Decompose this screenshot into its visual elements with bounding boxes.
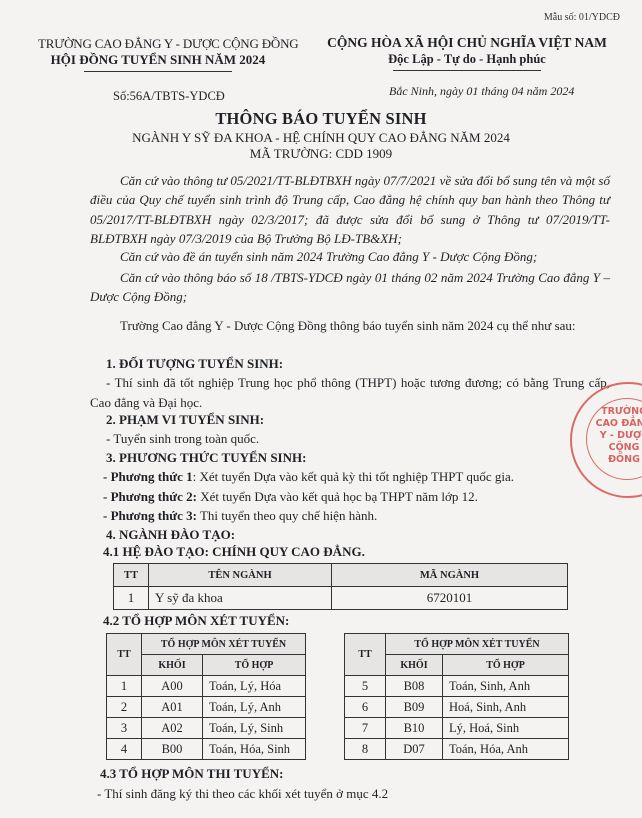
- section-1-text: - Thí sinh đã tốt nghiệp Trung học phổ t…: [90, 373, 610, 413]
- method-2-label: - Phương thức 2:: [103, 489, 197, 504]
- method-3-label: - Phương thức 3:: [103, 508, 197, 523]
- cell-major-name: Y sỹ đa khoa: [149, 587, 332, 610]
- reference-number: Số:56A/TBTS-YDCĐ: [113, 89, 225, 104]
- form-number: Mẫu số: 01/YDCĐ: [544, 12, 620, 23]
- cell-major-code: 6720101: [332, 587, 568, 610]
- section-3-heading: 3. PHƯƠNG THỨC TUYỂN SINH:: [106, 450, 626, 466]
- method-1: - Phương thức 1: Xét tuyển Dựa vào kết q…: [103, 469, 623, 485]
- school-name: TRƯỜNG CAO ĐẲNG Y - DƯỢC CỘNG ĐỒNG: [38, 36, 278, 52]
- method-1-text: Xét tuyển Dựa vào kết quả kỳ thi tốt ngh…: [196, 469, 514, 484]
- col-tt: TT: [345, 634, 386, 676]
- legal-basis-2: Căn cứ vào đề án tuyển sinh năm 2024 Trư…: [120, 249, 640, 265]
- method-1-label: - Phương thức 1: [103, 469, 193, 484]
- legal-basis-1: Căn cứ vào thông tư 05/2021/TT-BLĐTBXH n…: [90, 171, 610, 248]
- country-name: CỘNG HÒA XÃ HỘI CHỦ NGHĨA VIỆT NAM: [312, 35, 622, 51]
- document-title: THÔNG BÁO TUYỂN SINH: [0, 109, 642, 129]
- place-date: Bắc Ninh, ngày 01 tháng 04 năm 2024: [389, 84, 574, 99]
- national-motto: Độc Lập - Tự do - Hạnh phúc: [312, 52, 622, 67]
- section-2-heading: 2. PHẠM VI TUYỂN SINH:: [106, 412, 626, 428]
- table-row: 8D07Toán, Hóa, Anh: [345, 739, 569, 760]
- document-page: Mẫu số: 01/YDCĐ TRƯỜNG CAO ĐẲNG Y - DƯỢC…: [0, 0, 642, 818]
- council-name: HỘI ĐỒNG TUYỂN SINH NĂM 2024: [38, 52, 278, 68]
- section-4-3-text: - Thí sinh đăng ký thi theo các khối xét…: [97, 786, 617, 802]
- col-tt: TT: [114, 564, 149, 587]
- legal-basis-3: Căn cứ vào thông báo số 18 /TBTS-YDCĐ ng…: [90, 268, 610, 307]
- combos-table-left: TT TỔ HỢP MÔN XÉT TUYỂN KHỐI TỔ HỢP 1A00…: [106, 633, 306, 760]
- table-row: 5B08Toán, Sinh, Anh: [345, 676, 569, 697]
- table-row: 1A00Toán, Lý, Hóa: [107, 676, 306, 697]
- national-header: CỘNG HÒA XÃ HỘI CHỦ NGHĨA VIỆT NAM Độc L…: [312, 35, 622, 71]
- header-divider: [84, 71, 232, 72]
- col-combo: TỔ HỢP: [203, 655, 306, 676]
- section-1-heading: 1. ĐỐI TƯỢNG TUYỂN SINH:: [106, 356, 626, 372]
- col-block: KHỐI: [142, 655, 203, 676]
- col-major-name: TÊN NGÀNH: [149, 564, 332, 587]
- table-header-row: TT TÊN NGÀNH MÃ NGÀNH: [114, 564, 568, 587]
- section-4-2-heading: 4.2 TỔ HỢP MÔN XÉT TUYỂN:: [103, 613, 623, 629]
- col-major-code: MÃ NGÀNH: [332, 564, 568, 587]
- cell-tt: 1: [114, 587, 149, 610]
- table-row: 6B09Hoá, Sinh, Anh: [345, 697, 569, 718]
- school-code: MÃ TRƯỜNG: CDD 1909: [0, 146, 642, 162]
- section-2-text: - Tuyển sinh trong toàn quốc.: [106, 431, 626, 447]
- method-3-text: Thi tuyển theo quy chế hiện hành.: [197, 508, 377, 523]
- method-2-text: Xét tuyển Dựa vào kết quả học bạ THPT nă…: [197, 489, 478, 504]
- issuer-header: TRƯỜNG CAO ĐẲNG Y - DƯỢC CỘNG ĐỒNG HỘI Đ…: [38, 36, 278, 72]
- col-combo: TỔ HỢP: [443, 655, 569, 676]
- method-3: - Phương thức 3: Thi tuyển theo quy chế …: [103, 508, 623, 524]
- method-2: - Phương thức 2: Xét tuyển Dựa vào kết q…: [103, 489, 623, 505]
- col-group: TỔ HỢP MÔN XÉT TUYỂN: [142, 634, 306, 655]
- table-row: 7B10Lý, Hoá, Sinh: [345, 718, 569, 739]
- col-group: TỔ HỢP MÔN XÉT TUYỂN: [386, 634, 569, 655]
- combos-table-right: TT TỔ HỢP MÔN XÉT TUYỂN KHỐI TỔ HỢP 5B08…: [344, 633, 569, 760]
- majors-table: TT TÊN NGÀNH MÃ NGÀNH 1 Y sỹ đa khoa 672…: [113, 563, 568, 610]
- table-row: 1 Y sỹ đa khoa 6720101: [114, 587, 568, 610]
- seal-center-text: TRƯỜNG CAO ĐẲNG Y - DƯỢC CỘNG ĐỒNG: [594, 406, 642, 466]
- table-row: 3A02Toán, Lý, Sinh: [107, 718, 306, 739]
- document-subtitle: NGÀNH Y SỸ ĐA KHOA - HỆ CHÍNH QUY CAO ĐẲ…: [0, 130, 642, 146]
- col-tt: TT: [107, 634, 142, 676]
- col-block: KHỐI: [386, 655, 443, 676]
- intro-paragraph: Trường Cao đẳng Y - Dược Cộng Đồng thông…: [90, 316, 610, 336]
- table-row: 2A01Toán, Lý, Anh: [107, 697, 306, 718]
- section-4-1-heading: 4.1 HỆ ĐÀO TẠO: CHÍNH QUY CAO ĐẲNG.: [103, 544, 623, 560]
- table-row: 4B00Toán, Hóa, Sinh: [107, 739, 306, 760]
- section-4-heading: 4. NGÀNH ĐÀO TẠO:: [106, 527, 626, 543]
- section-4-3-heading: 4.3 TỔ HỢP MÔN THI TUYỂN:: [100, 766, 620, 782]
- motto-divider: [393, 70, 541, 71]
